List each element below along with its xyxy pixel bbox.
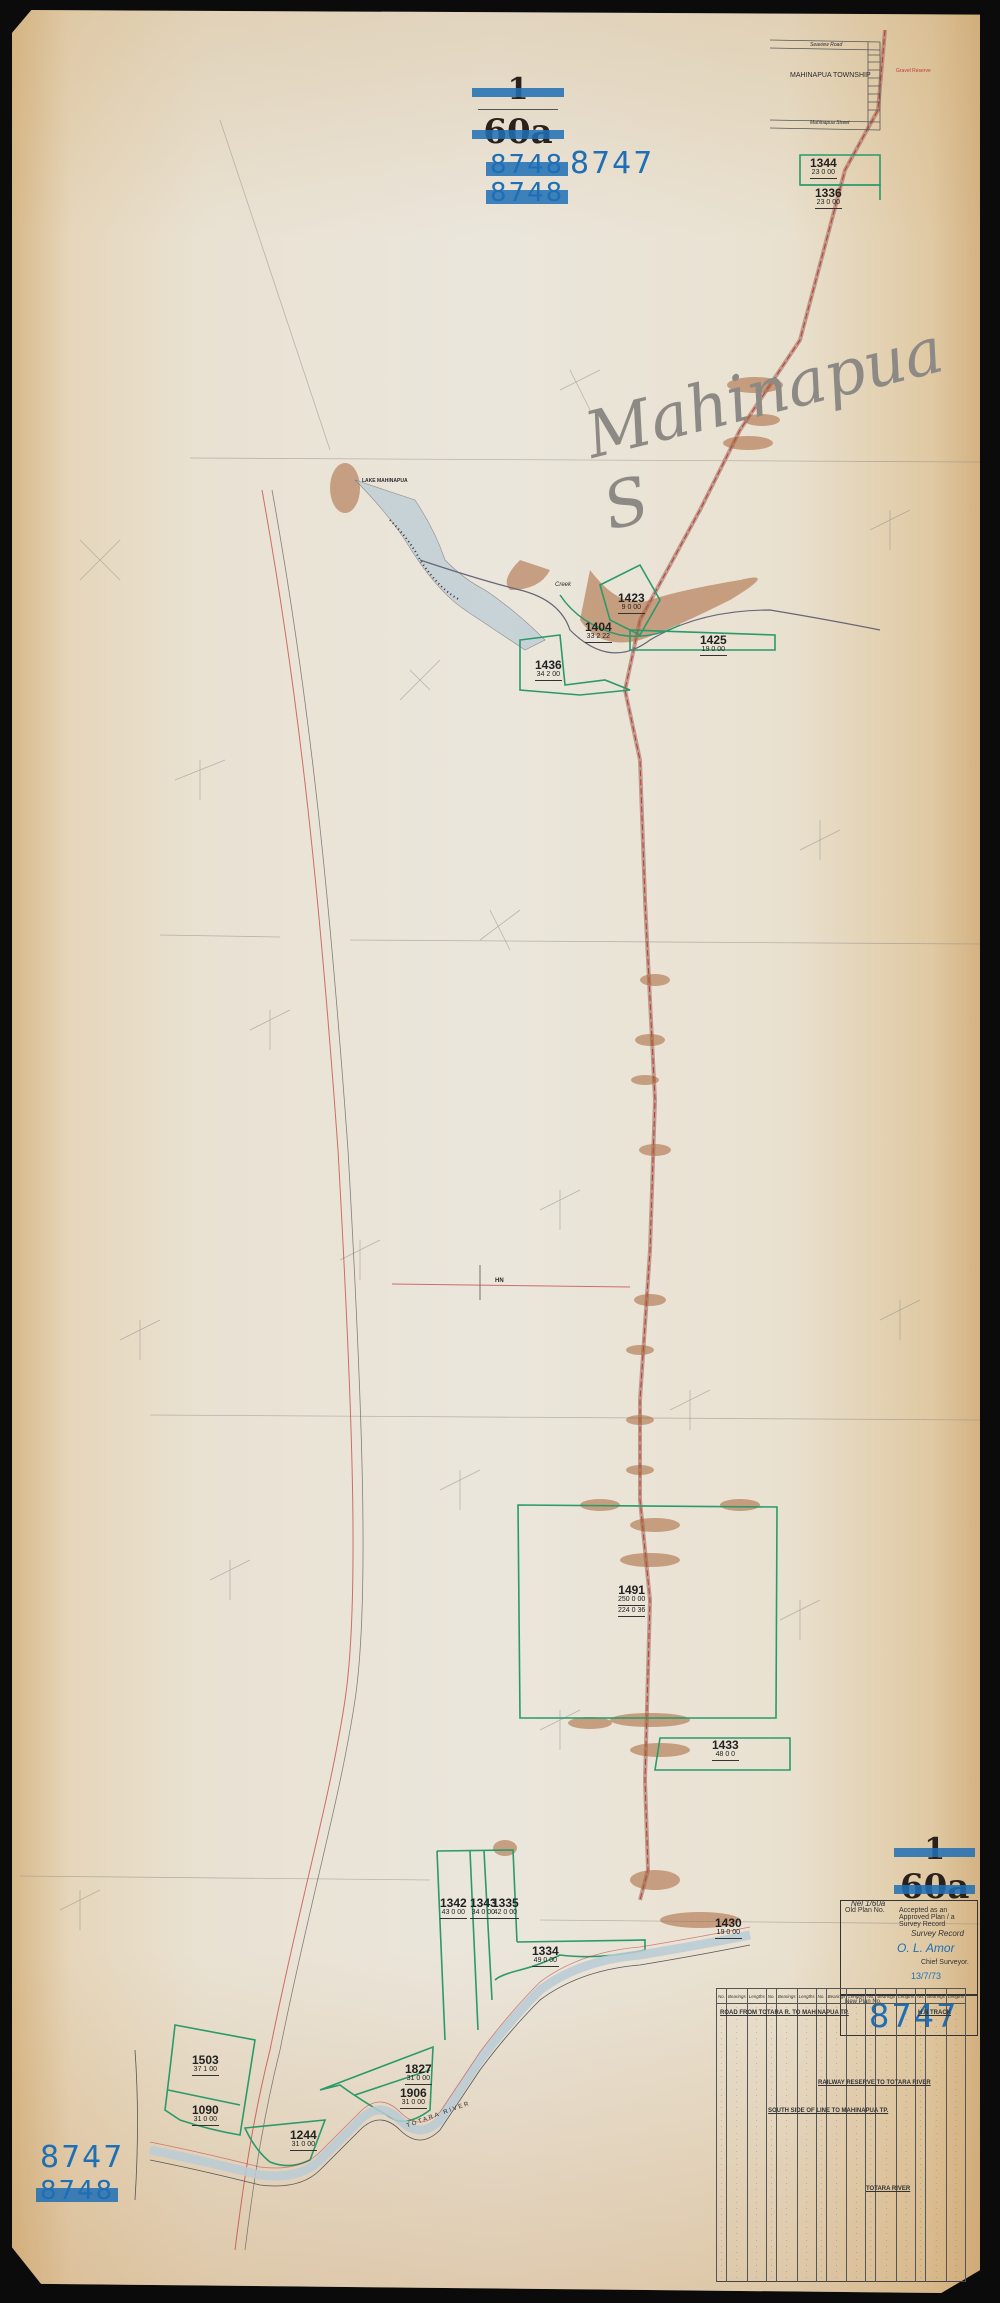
- traverse-table: No. Bearings Lengths No. Bearings Length…: [716, 1988, 966, 2282]
- table-cell: ·: [866, 2275, 876, 2282]
- table-heading-south-side: SOUTH SIDE OF LINE TO MAHINAPUA TP.: [768, 2108, 888, 2114]
- section-1503: 150337 1 00: [192, 2055, 219, 2076]
- col-bearings: Bearings: [926, 1989, 947, 2004]
- table-cell: ·: [876, 2004, 897, 2011]
- struck-plan-number-2: 8748: [490, 178, 564, 208]
- table-cell: ·: [866, 2004, 876, 2011]
- track-label: HN: [495, 1278, 504, 1284]
- new-plan-number-bottom-left: 8747: [40, 2140, 124, 2175]
- section-1334: 133449 0 00: [532, 1946, 559, 1967]
- table-heading-railway: RAILWAY RESERVE TO TOTARA RIVER: [818, 2080, 931, 2086]
- township-streets: [770, 40, 880, 130]
- section-1827: 182731 0 00: [405, 2064, 432, 2085]
- old-plan-label: Old Plan No.: [845, 1907, 885, 1914]
- section-1342: 134243 0 00: [440, 1898, 467, 1919]
- col-lengths: Lengths: [946, 1989, 965, 2004]
- table-cell: ·: [876, 2275, 897, 2282]
- section-1404: 140433 2 22: [585, 622, 612, 643]
- col-bearings: Bearings: [876, 1989, 897, 2004]
- table-heading-hn-track: H.N TRACK: [918, 2010, 951, 2016]
- col-lengths: Lengths: [847, 1989, 866, 2004]
- gravel-reserve-label: Gravel Reserve: [896, 68, 931, 74]
- lake-label: LAKE MAHINAPUA: [362, 478, 408, 484]
- survey-record-text: Survey Record: [911, 1929, 964, 1938]
- new-plan-number-top: 8747: [570, 146, 654, 181]
- table-cell: ·: [717, 2275, 727, 2282]
- railway-reserve-line: [235, 490, 363, 2250]
- section-1423: 14239 0 00: [618, 593, 645, 614]
- section-1090: 109031 0 00: [192, 2105, 219, 2126]
- traverse-table-header: No. Bearings Lengths No. Bearings Length…: [717, 1989, 966, 2004]
- section-1436: 143634 2 00: [535, 660, 562, 681]
- col-bearings: Bearings: [727, 1989, 748, 2004]
- col-lengths: Lengths: [897, 1989, 916, 2004]
- struck-plan-number-bottom-left: 8748: [40, 2176, 114, 2206]
- table-heading-totara: TOTARA RIVER: [866, 2186, 910, 2192]
- acceptance-stamp: Old Plan No. Nel 1/60a Accepted as an Ap…: [840, 1900, 978, 1996]
- col-no: No.: [866, 1989, 876, 2004]
- section-1335: 133542 0 00: [492, 1898, 519, 1919]
- table-heading-road: ROAD FROM TOTARA R. TO MAHINAPUA TP.: [720, 2010, 849, 2016]
- col-no: No.: [766, 1989, 776, 2004]
- table-cell: ·: [847, 2004, 866, 2011]
- township-label: MAHINAPUA TOWNSHIP: [790, 72, 871, 79]
- col-no: No.: [717, 1989, 727, 2004]
- creek-label: Creek: [555, 582, 571, 588]
- table-cell: ·: [747, 2275, 766, 2282]
- col-lengths: Lengths: [797, 1989, 816, 2004]
- plan-number-denominator: 60a: [478, 112, 558, 152]
- col-no: No.: [816, 1989, 826, 2004]
- plan-reference-top: 1 60a: [478, 72, 558, 152]
- table-row: ···············: [717, 2275, 966, 2282]
- table-cell: ·: [727, 2275, 748, 2282]
- plan-number-numerator: 1: [478, 72, 558, 107]
- hn-track-road: [392, 30, 885, 1900]
- section-1430: 143019 0 00: [715, 1918, 742, 1939]
- col-no: No.: [916, 1989, 926, 2004]
- accepted-text: Accepted as an Approved Plan / a Survey …: [899, 1907, 975, 1928]
- table-cell: ·: [897, 2275, 916, 2282]
- struck-plan-number: 8748: [490, 150, 564, 180]
- table-cell: ·: [926, 2275, 947, 2282]
- plan-reference-bottom-right: 1 60a: [900, 1832, 969, 1907]
- table-cell: ·: [916, 2275, 926, 2282]
- road-label-top: Seaview Road: [810, 42, 842, 48]
- chief-surveyor-signature: O. L. Amor: [897, 1941, 955, 1955]
- section-1906: 190631 0 00: [400, 2088, 427, 2109]
- section-1491: 1491250 0 00224 0 36: [618, 1585, 645, 1617]
- plan-number-numerator: 1: [900, 1832, 969, 1867]
- hill-wash: [330, 377, 783, 1928]
- section-1425: 142519 0 00: [700, 635, 727, 656]
- table-cell: ·: [816, 2275, 826, 2282]
- traverse-table-body: ········································…: [717, 2004, 966, 2282]
- table-cell: ·: [847, 2275, 866, 2282]
- road-label-bottom: Mahinapua Street: [810, 120, 849, 126]
- table-cell: ·: [946, 2275, 965, 2282]
- table-cell: ·: [797, 2275, 816, 2282]
- section-1244: 124431 0 00: [290, 2130, 317, 2151]
- col-bearings: Bearings: [776, 1989, 797, 2004]
- section-1433: 143348 0 0: [712, 1740, 739, 1761]
- table-cell: ·: [776, 2275, 797, 2282]
- table-cell: ·: [826, 2275, 847, 2282]
- col-bearings: Bearings: [826, 1989, 847, 2004]
- old-plan-value: Nel 1/60a: [851, 1899, 885, 1908]
- chief-surveyor-label: Chief Surveyor.: [921, 1959, 969, 1966]
- section-1336: 133623 0 00: [815, 188, 842, 209]
- col-lengths: Lengths: [747, 1989, 766, 2004]
- table-cell: ·: [766, 2275, 776, 2282]
- section-1344: 134423 0 00: [810, 158, 837, 179]
- acceptance-date: 13/7/73: [911, 1971, 941, 1981]
- table-cell: ·: [897, 2004, 916, 2011]
